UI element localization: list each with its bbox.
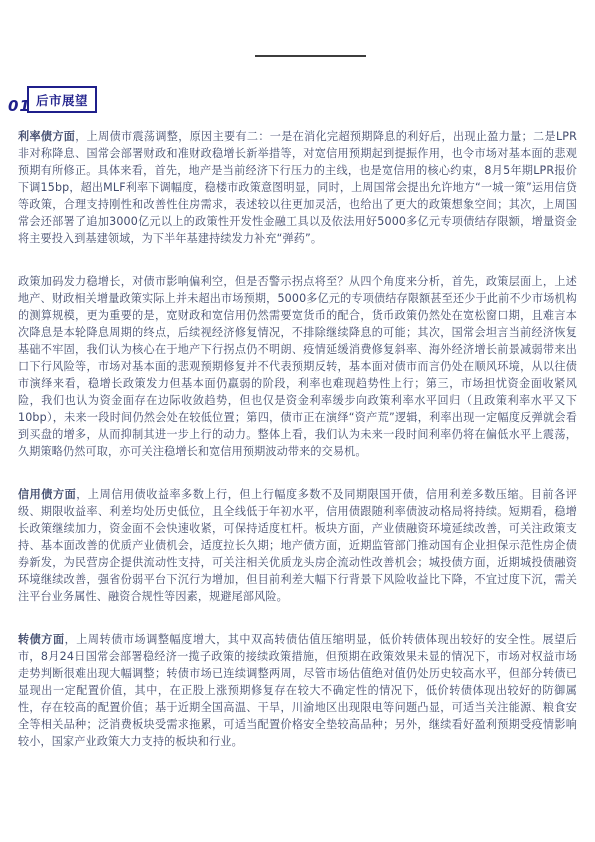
section-heading: 01 后市展望 <box>0 86 595 113</box>
paragraph-lead: 转债方面 <box>18 633 65 646</box>
section-title: 后市展望 <box>36 91 88 109</box>
paragraph-text: ，上周债市震荡调整，原因主要有二：一是在消化完超预期降息的利好后，出现止盈力量；… <box>18 130 577 245</box>
document-page: 01 后市展望 利率债方面，上周债市震荡调整，原因主要有二：一是在消化完超预期降… <box>0 0 595 842</box>
paragraph-text: 政策加码发力稳增长，对债市影响偏利空，但是否警示拐点将至？从四个角度来分析，首先… <box>18 275 577 458</box>
document-body: 利率债方面，上周债市震荡调整，原因主要有二：一是在消化完超预期降息的利好后，出现… <box>18 128 577 769</box>
section-title-box: 后市展望 <box>27 86 97 113</box>
paragraph-lead: 信用债方面 <box>18 488 76 501</box>
header-divider <box>255 55 366 57</box>
paragraph-text: ，上周信用债收益率多数上行，但上行幅度多数不及同期限国开债，信用利差多数压缩。目… <box>18 488 577 603</box>
paragraph-lead: 利率债方面 <box>18 130 75 143</box>
paragraph: 政策加码发力稳增长，对债市影响偏利空，但是否警示拐点将至？从四个角度来分析，首先… <box>18 273 577 460</box>
paragraph: 信用债方面，上周信用债收益率多数上行，但上行幅度多数不及同期限国开债，信用利差多… <box>18 486 577 605</box>
paragraph: 利率债方面，上周债市震荡调整，原因主要有二：一是在消化完超预期降息的利好后，出现… <box>18 128 577 247</box>
paragraph-text: ，上周转债市场调整幅度增大，其中双高转债估值压缩明显，低价转债体现出较好的安全性… <box>18 633 577 748</box>
paragraph: 转债方面，上周转债市场调整幅度增大，其中双高转债估值压缩明显，低价转债体现出较好… <box>18 631 577 750</box>
